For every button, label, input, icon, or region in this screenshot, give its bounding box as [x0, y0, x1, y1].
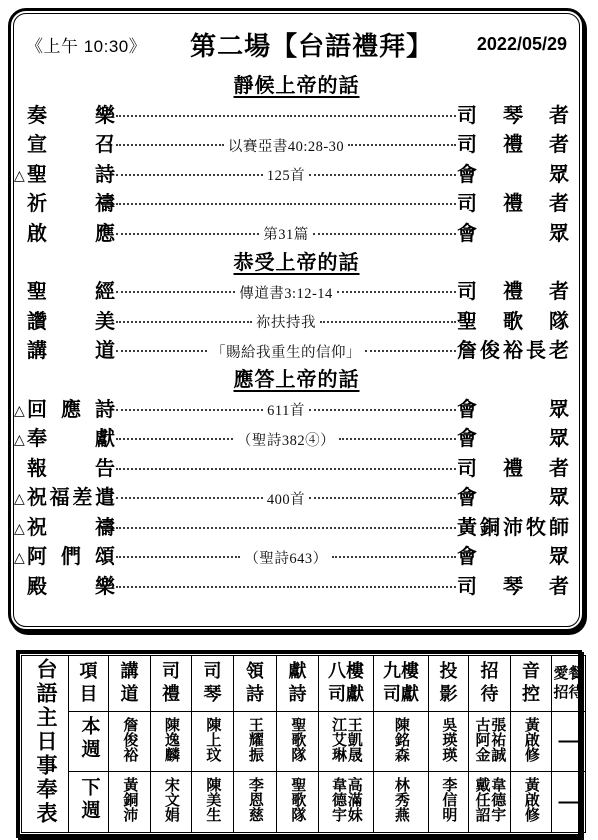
duty-cell: 李信明 [429, 772, 469, 833]
duty-cell: 詹俊裕 [109, 711, 151, 772]
duty-cell-empty: — [552, 772, 586, 833]
leader-dots [116, 144, 224, 146]
service-title: 第二場【台語禮拜】 [190, 26, 433, 63]
duty-cell: 林秀燕 [374, 772, 429, 833]
leader-dots [116, 115, 285, 117]
leader-dots [309, 174, 456, 176]
bulletin-header: 《上午 10:30》 第二場【台語禮拜】 2022/05/29 [26, 28, 567, 60]
program-item-detail: 傳道書3:12-14 [236, 282, 336, 303]
program-item-label: 聖詩 [27, 164, 115, 186]
leader-dots [116, 497, 263, 499]
duty-cell: 王耀振 [234, 711, 277, 772]
duty-name: 王凱晟 江艾琳 [330, 717, 362, 762]
leader-dots [116, 291, 235, 293]
duty-name: 王耀振 [247, 717, 263, 762]
duty-cell: 陳銘森 [374, 711, 429, 772]
leader-dots [287, 115, 456, 117]
leader-dots [320, 321, 456, 323]
duty-col-preacher: 講 道 [109, 656, 151, 712]
program-row: 讚美 祢扶持我 聖歌隊 [14, 307, 579, 337]
program-row: 講道 「賜給我重生的信仰」 詹俊裕長老 [14, 337, 579, 367]
leader-dots [337, 291, 456, 293]
duty-col-label: 八樓 司獻 [319, 660, 373, 707]
stand-marker: △ [14, 521, 27, 535]
duty-table-title-cell: 台語主日事奉表 [22, 656, 69, 833]
program-item-detail: （聖詩382④） [234, 429, 338, 450]
duty-name: 高滿妹 韋德宇 [330, 777, 362, 822]
duty-col-projection: 投 影 [429, 656, 469, 712]
duty-col-liturgist: 司 禮 [151, 656, 192, 712]
duty-cell: 黃啟修 [511, 772, 552, 833]
program-item-label: 奏樂 [27, 105, 115, 127]
leader-dots [287, 586, 456, 588]
program-row: 啟應 第31篇 會眾 [14, 219, 579, 249]
program-row: 殿樂 司琴者 [14, 572, 579, 602]
duty-col-label: 愛餐 招待 [552, 664, 585, 703]
stand-marker: △ [14, 168, 27, 182]
program-item-role: 會眾 [457, 164, 569, 186]
duty-cell: 宋文娟 [151, 772, 192, 833]
program-item-label: 殿樂 [27, 576, 115, 598]
program-item-label: 啟應 [27, 223, 115, 245]
duty-col-pianist: 司 琴 [192, 656, 234, 712]
duty-col-label: 司 禮 [151, 660, 191, 707]
program-item-detail: （聖詩643） [241, 547, 330, 568]
program-item-label: 奉獻 [27, 428, 115, 450]
program-item-detail: 第31篇 [260, 223, 312, 244]
leader-dots [287, 468, 456, 470]
duty-col-label: 司 琴 [192, 660, 233, 707]
duty-name: 陳上玟 [205, 717, 221, 762]
duty-cell: 吳瑛瑛 [429, 711, 469, 772]
duty-roster-table: 台語主日事奉表 項 目 講 道 司 禮 司 琴 領 詩 獻 詩 八樓 司獻 九樓… [16, 650, 582, 838]
leader-dots [116, 586, 285, 588]
program-item-detail: 祢扶持我 [253, 311, 319, 332]
program-item-role: 會眾 [457, 399, 569, 421]
duty-name: 陳美生 [205, 777, 221, 822]
program-item-detail: 「賜給我重生的信仰」 [208, 341, 364, 362]
duty-col-ushers: 招 待 [469, 656, 511, 712]
leader-dots [116, 409, 263, 411]
program-row: 報告 司禮者 [14, 454, 579, 484]
duty-header-row: 台語主日事奉表 項 目 講 道 司 禮 司 琴 領 詩 獻 詩 八樓 司獻 九樓… [22, 656, 586, 712]
duty-cell: 張祐誠 古阿金 [469, 711, 511, 772]
duty-cell: 黃銅沛 [109, 772, 151, 833]
program-item-role: 司禮者 [457, 458, 569, 480]
duty-row-this-week: 本週 詹俊裕 陳逸麟 陳上玟 王耀振 聖歌隊 王凱晟 江艾琳 陳銘森 吳瑛瑛 張… [22, 711, 586, 772]
duty-row-label: 本週 [79, 716, 99, 762]
program-item-label: 讚美 [27, 311, 115, 333]
program-item-role: 黃銅沛牧師 [457, 517, 569, 539]
program-item-detail: 以賽亞書40:28-30 [225, 135, 347, 156]
program-item-role: 聖歌隊 [457, 311, 569, 333]
leader-dots [116, 438, 233, 440]
program-item-role: 司琴者 [457, 576, 569, 598]
program-item-detail: 611首 [264, 399, 308, 420]
program-item-label: 報告 [27, 458, 115, 480]
duty-cell: 陳美生 [192, 772, 234, 833]
program-item-role: 會眾 [457, 223, 569, 245]
program-row: 宣召 以賽亞書40:28-30 司禮者 [14, 131, 579, 161]
duty-name: 林秀燕 [393, 777, 409, 822]
duty-cell: 陳上玟 [192, 711, 234, 772]
program-inner-frame: 《上午 10:30》 第二場【台語禮拜】 2022/05/29 靜候上帝的話 奏… [13, 13, 580, 627]
program-item-label: 祝福差遣 [27, 487, 115, 509]
duty-name: 黃啟修 [523, 717, 539, 762]
program-row: △ 回應詩 611首 會眾 [14, 395, 579, 425]
stand-marker: △ [14, 432, 27, 446]
duty-name: 聖歌隊 [290, 717, 306, 762]
duty-col-label: 投 影 [429, 660, 468, 707]
duty-name: 張祐誠 古阿金 [474, 717, 506, 762]
leader-dots [348, 144, 456, 146]
duty-name: 韋德宇 戴任詔 [474, 777, 506, 822]
leader-dots [116, 556, 240, 558]
program-row: △ 阿們頌 （聖詩643） 會眾 [14, 543, 579, 573]
duty-cell: 韋德宇 戴任詔 [469, 772, 511, 833]
section-heading-text: 應答上帝的話 [234, 369, 360, 391]
duty-name: 陳逸麟 [163, 717, 179, 762]
program-item-role: 會眾 [457, 487, 569, 509]
leader-dots [309, 409, 456, 411]
section-heading: 靜候上帝的話 [14, 72, 579, 101]
worship-program-box: 《上午 10:30》 第二場【台語禮拜】 2022/05/29 靜候上帝的話 奏… [8, 8, 585, 632]
leader-dots [339, 438, 456, 440]
section-heading-text: 恭受上帝的話 [234, 252, 360, 274]
duty-name: 聖歌隊 [290, 777, 306, 822]
program-item-label: 阿們頌 [27, 546, 115, 568]
duty-cell-empty: — [552, 711, 586, 772]
program-item-role: 司禮者 [457, 193, 569, 215]
program-item-role: 會眾 [457, 428, 569, 450]
duty-col-label: 講 道 [109, 660, 150, 707]
duty-col-audio: 音 控 [511, 656, 552, 712]
program-item-label: 聖經 [27, 281, 115, 303]
section-heading-text: 靜候上帝的話 [234, 75, 360, 97]
stand-marker: △ [14, 550, 27, 564]
program-row: △ 祝禱 黃銅沛牧師 [14, 513, 579, 543]
program-item-label: 回應詩 [27, 399, 115, 421]
leader-dots [309, 497, 456, 499]
duty-row-next-week: 下週 黃銅沛 宋文娟 陳美生 李恩慈 聖歌隊 高滿妹 韋德宇 林秀燕 李信明 韋… [22, 772, 586, 833]
leader-dots [116, 203, 285, 205]
duty-col-offering-9f: 九樓 司獻 [374, 656, 429, 712]
program-item-label: 祝禱 [27, 517, 115, 539]
duty-col-item: 項 目 [69, 656, 109, 712]
duty-col-label: 九樓 司獻 [374, 660, 428, 707]
program-item-label: 講道 [27, 340, 115, 362]
leader-dots [287, 203, 456, 205]
program-item-role: 司琴者 [457, 105, 569, 127]
leader-dots [116, 468, 285, 470]
leader-dots [313, 233, 456, 235]
section-heading: 應答上帝的話 [14, 366, 579, 395]
duty-col-label: 獻 詩 [277, 660, 318, 707]
duty-row-label-cell: 本週 [69, 711, 109, 772]
program-item-detail: 125首 [264, 164, 308, 185]
duty-col-label: 音 控 [511, 660, 551, 707]
stand-marker: △ [14, 403, 27, 417]
duty-name: 陳銘森 [393, 717, 409, 762]
duty-table-title: 台語主日事奉表 [34, 658, 56, 826]
duty-col-meal-reception: 愛餐 招待 [552, 656, 586, 712]
leader-dots [116, 174, 263, 176]
duty-name: 吳瑛瑛 [441, 717, 457, 762]
program-item-role: 司禮者 [457, 134, 569, 156]
duty-col-anthem: 獻 詩 [277, 656, 319, 712]
program-item-detail: 400首 [264, 488, 308, 509]
duty-col-offering-8f: 八樓 司獻 [319, 656, 374, 712]
duty-cell: 王凱晟 江艾琳 [319, 711, 374, 772]
duty-name: 李信明 [441, 777, 457, 822]
duty-name: 李恩慈 [247, 777, 263, 822]
program-row: △ 祝福差遣 400首 會眾 [14, 484, 579, 514]
duty-name: 詹俊裕 [122, 717, 138, 762]
duty-col-song-leader: 領 詩 [234, 656, 277, 712]
program-row: △ 奉獻 （聖詩382④） 會眾 [14, 425, 579, 455]
service-date: 2022/05/29 [477, 34, 567, 55]
duty-name: 黃啟修 [523, 777, 539, 822]
service-time: 《上午 10:30》 [26, 32, 146, 57]
duty-col-label: 領 詩 [234, 660, 276, 707]
duty-row-label: 下週 [79, 777, 99, 823]
program-row: △ 聖詩 125首 會眾 [14, 160, 579, 190]
duty-col-label: 招 待 [469, 660, 510, 707]
leader-dots [116, 350, 207, 352]
stand-marker: △ [14, 491, 27, 505]
program-item-role: 司禮者 [457, 281, 569, 303]
program-row: 祈禱 司禮者 [14, 190, 579, 220]
program-item-role: 詹俊裕長老 [457, 340, 569, 362]
leader-dots [116, 321, 252, 323]
leader-dots [332, 556, 456, 558]
duty-row-label-cell: 下週 [69, 772, 109, 833]
duty-cell: 陳逸麟 [151, 711, 192, 772]
duty-cell: 李恩慈 [234, 772, 277, 833]
program-row: 聖經 傳道書3:12-14 司禮者 [14, 278, 579, 308]
program-item-label: 宣召 [27, 134, 115, 156]
program-item-label: 祈禱 [27, 193, 115, 215]
program-row: 奏樂 司琴者 [14, 101, 579, 131]
leader-dots [365, 350, 456, 352]
leader-dots [116, 233, 259, 235]
leader-dots [287, 527, 456, 529]
duty-cell: 聖歌隊 [277, 772, 319, 833]
duty-name: 黃銅沛 [122, 777, 138, 822]
duty-col-label: 項 目 [69, 660, 108, 707]
leader-dots [116, 527, 285, 529]
duty-cell: 黃啟修 [511, 711, 552, 772]
program-item-role: 會眾 [457, 546, 569, 568]
duty-name: 宋文娟 [163, 777, 179, 822]
duty-cell: 聖歌隊 [277, 711, 319, 772]
duty-cell: 高滿妹 韋德宇 [319, 772, 374, 833]
section-heading: 恭受上帝的話 [14, 249, 579, 278]
